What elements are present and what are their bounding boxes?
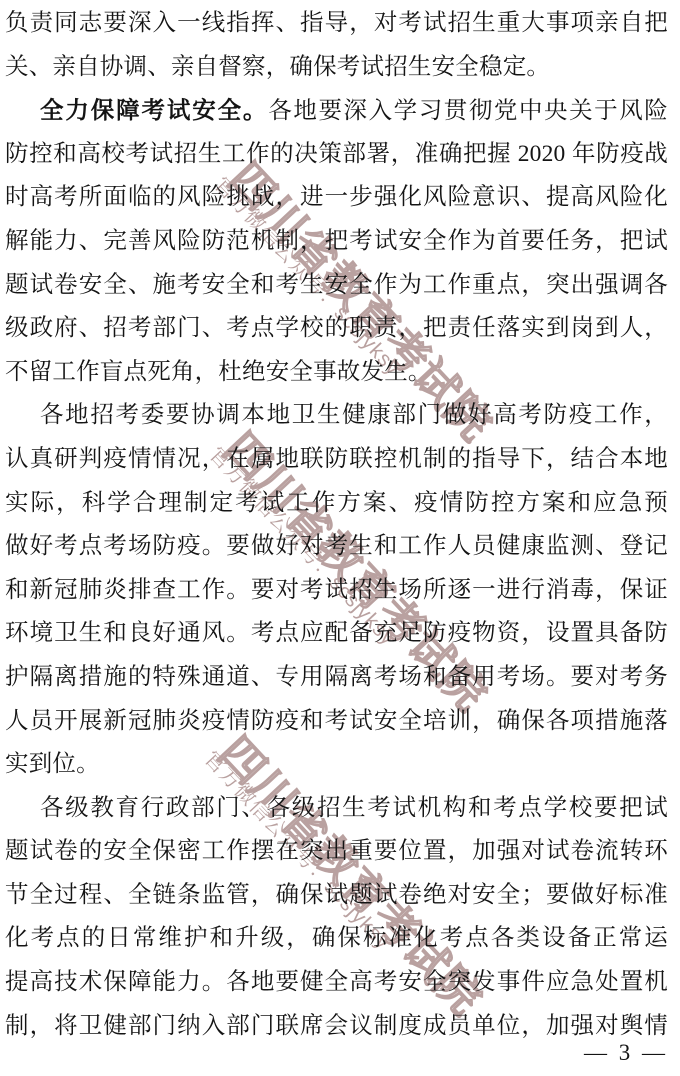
text-run: 各地要深入学习贯彻党中央关于风险 xyxy=(268,98,668,124)
bold-lead-text: 全力保障考试安全。 xyxy=(40,97,268,123)
paragraph: 各地招考委要协调本地卫生健康部门做好高考防疫工作，认真研判疫情情况，在属地联防联… xyxy=(5,394,668,786)
text-line: 节全过程、全链条监管，确保试题试卷绝对安全；要做好标准 xyxy=(5,874,668,918)
text-line: 各级教育行政部门、各级招生考试机构和考点学校要把试 xyxy=(5,787,668,831)
paragraph: 负责同志要深入一线指挥、指导，对考试招生重大事项亲自把关、亲自协调、亲自督察，确… xyxy=(5,2,668,89)
text-line: 实际，科学合理制定考试工作方案、疫情防控方案和应急预案， xyxy=(5,482,668,526)
text-line: 解能力、完善风险防范机制，把考试安全作为首要任务，把试 xyxy=(5,220,668,264)
text-line: 不留工作盲点死角，杜绝安全事故发生。 xyxy=(5,351,668,395)
text-line: 防控和高校考试招生工作的决策部署，准确把握 2020 年防疫战 xyxy=(5,133,668,177)
text-line: 人员开展新冠肺炎疫情防疫和考试安全培训，确保各项措施落 xyxy=(5,700,668,744)
text-line: 化考点的日常维护和升级，确保标准化考点各类设备正常运行， xyxy=(5,917,668,961)
document-page: { "document": { "paragraphs": [ { "inden… xyxy=(0,0,680,1076)
text-line: 级政府、招考部门、考点学校的职责，把责任落实到岗到人， xyxy=(5,307,668,351)
text-line: 制，将卫健部门纳入部门联席会议制度成员单位，加强对舆情 xyxy=(5,1005,668,1049)
paragraph: 全力保障考试安全。各地要深入学习贯彻党中央关于风险防控和高校考试招生工作的决策部… xyxy=(5,89,668,394)
text-line: 各地招考委要协调本地卫生健康部门做好高考防疫工作， xyxy=(5,394,668,438)
text-line: 题试卷的安全保密工作摆在突出重要位置，加强对试卷流转环 xyxy=(5,830,668,874)
text-line: 做好考点考场防疫。要做好对考生和工作人员健康监测、登记 xyxy=(5,525,668,569)
text-line: 时高考所面临的风险挑战，进一步强化风险意识、提高风险化 xyxy=(5,176,668,220)
text-line: 环境卫生和良好通风。考点应配备充足防疫物资，设置具备防 xyxy=(5,612,668,656)
page-number: — 3 — xyxy=(584,1040,668,1066)
text-line: 护隔离措施的特殊通道、专用隔离考场和备用考场。要对考务 xyxy=(5,656,668,700)
text-line: 负责同志要深入一线指挥、指导，对考试招生重大事项亲自把 xyxy=(5,2,668,46)
paragraph: 各级教育行政部门、各级招生考试机构和考点学校要把试题试卷的安全保密工作摆在突出重… xyxy=(5,787,668,1049)
document-text-area: 负责同志要深入一线指挥、指导，对考试招生重大事项亲自把关、亲自协调、亲自督察，确… xyxy=(5,2,668,1048)
text-line: 全力保障考试安全。各地要深入学习贯彻党中央关于风险 xyxy=(5,89,668,133)
text-line: 认真研判疫情情况，在属地联防联控机制的指导下，结合本地 xyxy=(5,438,668,482)
text-line: 实到位。 xyxy=(5,743,668,787)
text-line: 提高技术保障能力。各地要健全高考安全突发事件应急处置机 xyxy=(5,961,668,1005)
text-line: 和新冠肺炎排查工作。要对考试招生场所逐一进行消毒，保证 xyxy=(5,569,668,613)
text-line: 题试卷安全、施考安全和考生安全作为工作重点，突出强调各 xyxy=(5,264,668,308)
text-line: 关、亲自协调、亲自督察，确保考试招生安全稳定。 xyxy=(5,46,668,90)
